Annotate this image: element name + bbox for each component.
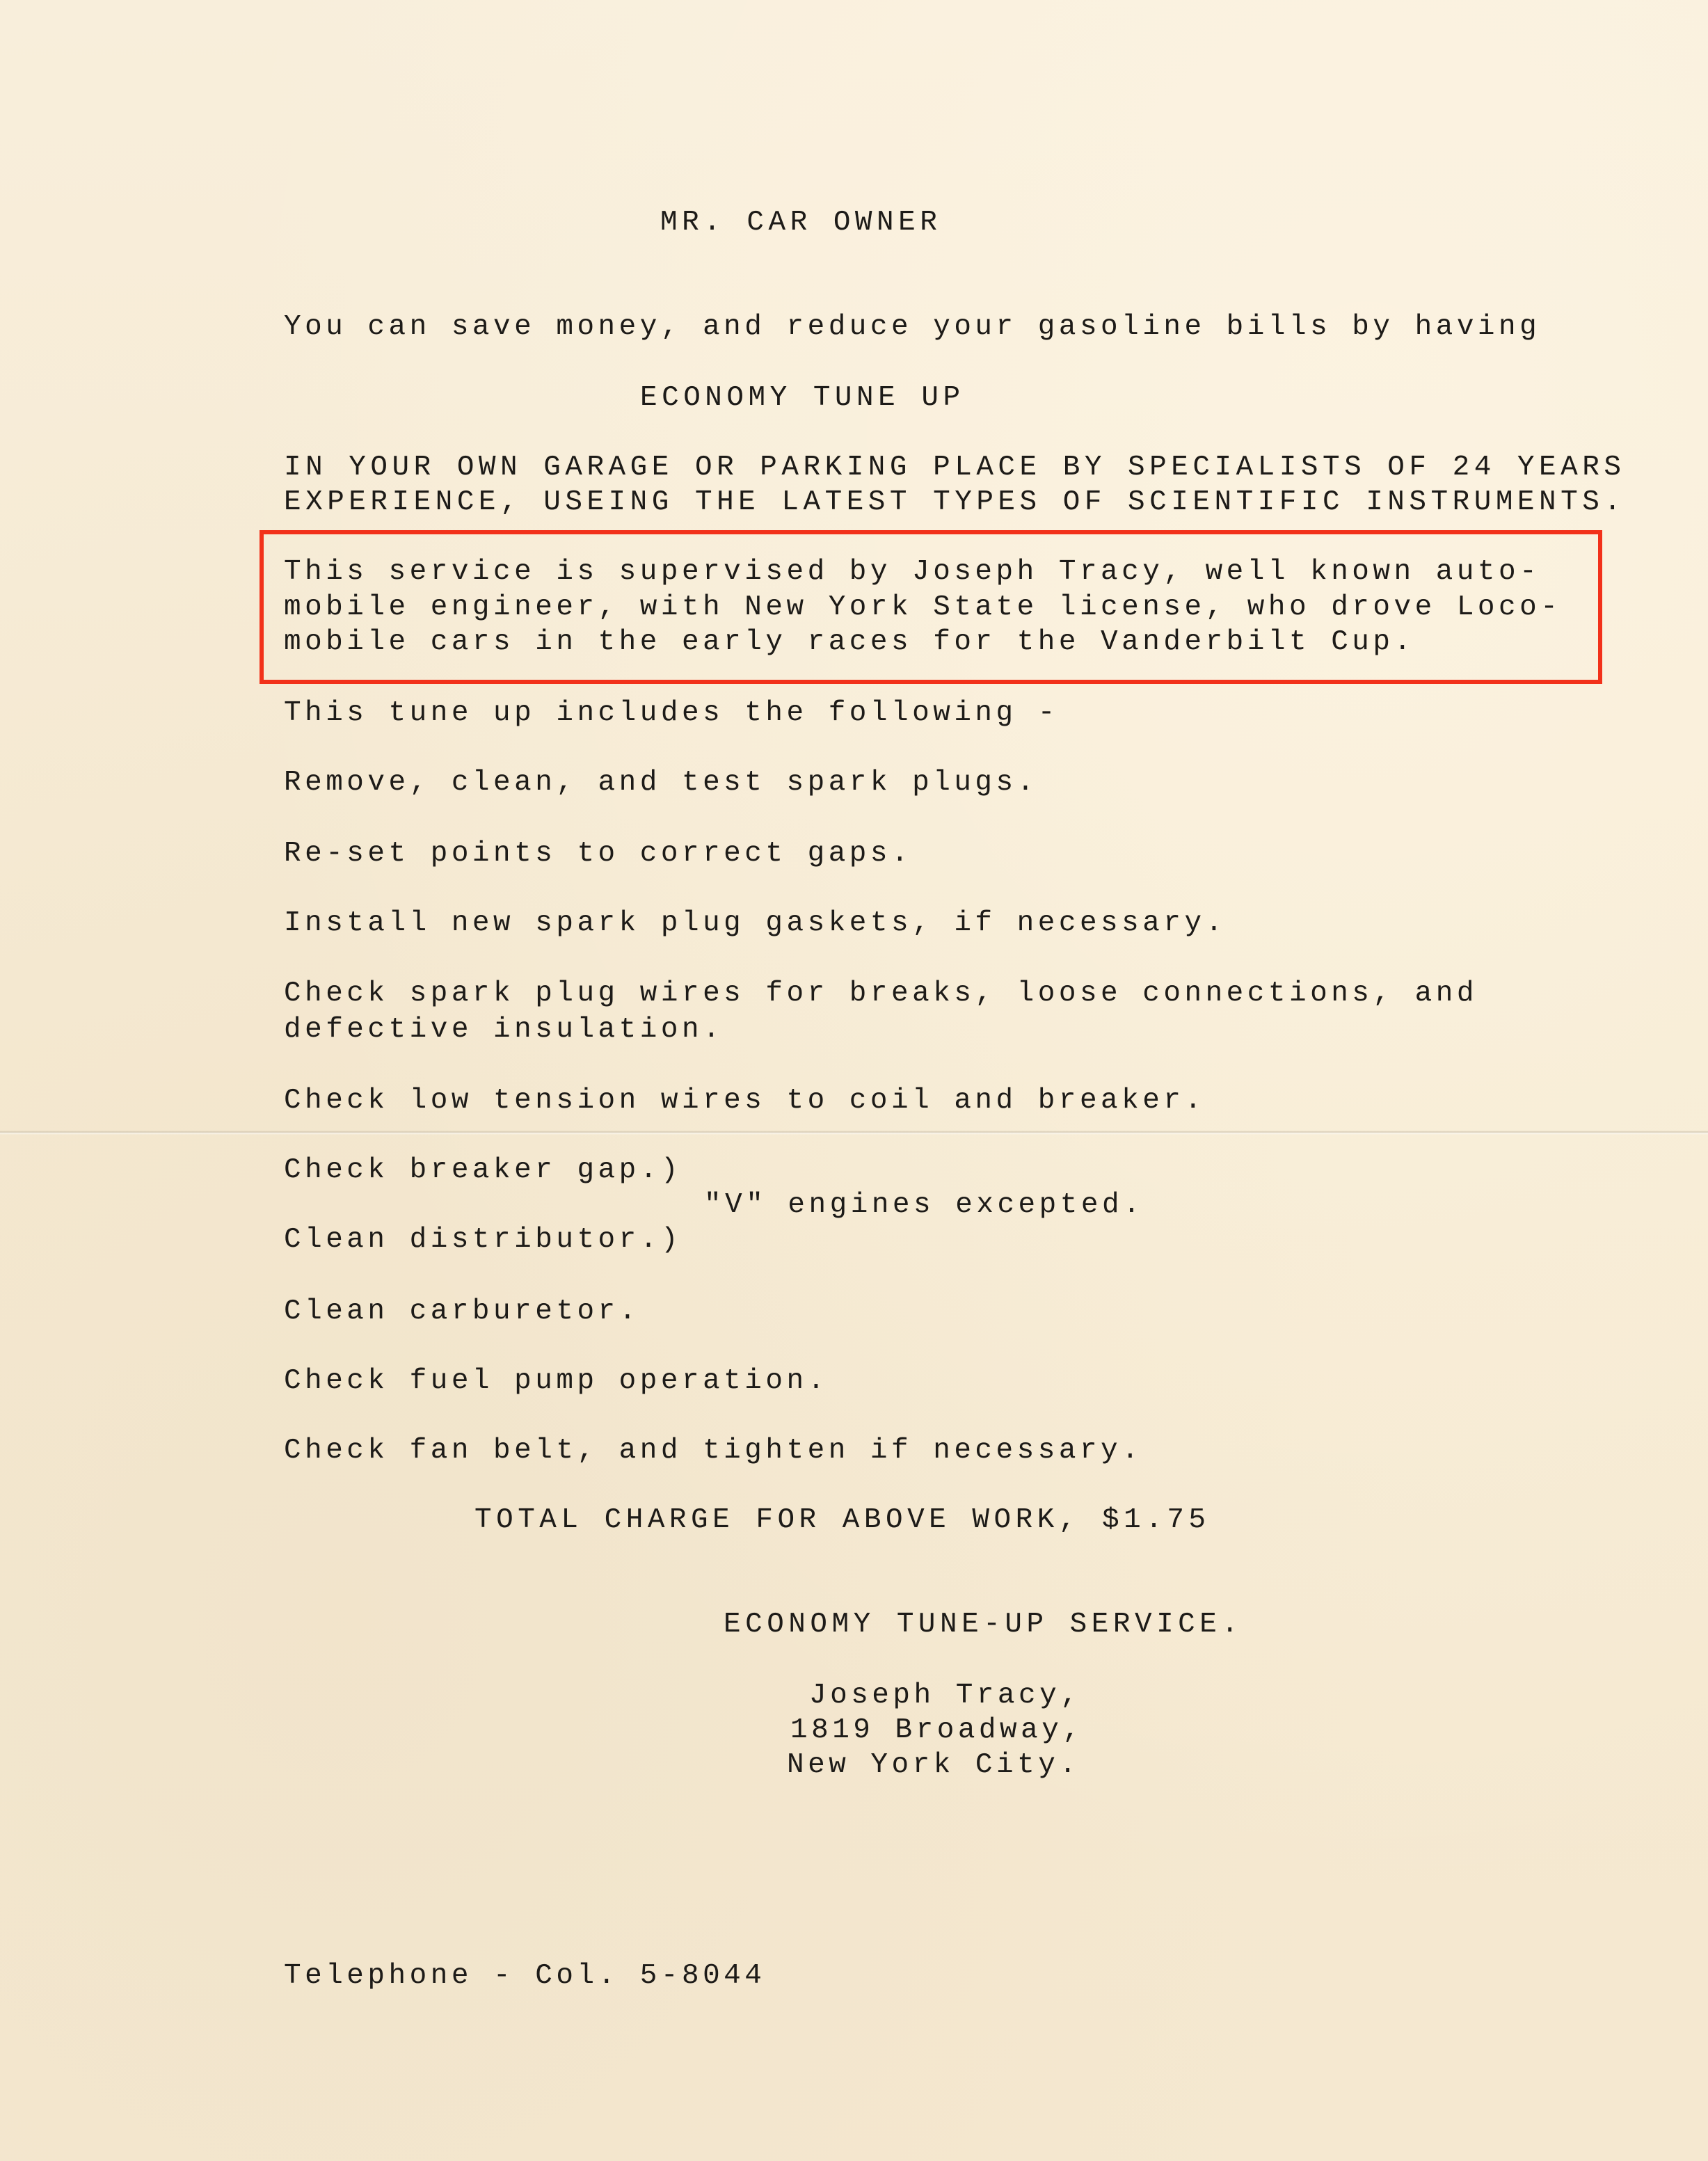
paper-fold-crease xyxy=(0,1131,1708,1135)
includes-heading: This tune up includes the following - xyxy=(284,696,1059,731)
service-item: Check fuel pump operation. xyxy=(284,1364,829,1398)
service-item: Check fan belt, and tighten if necessary… xyxy=(284,1433,1142,1468)
service-note: "V" engines excepted. xyxy=(704,1188,1144,1222)
company-name: ECONOMY TUNE-UP SERVICE. xyxy=(724,1607,1243,1642)
service-item: Check spark plug wires for breaks, loose… xyxy=(284,976,1478,1011)
service-item: Clean carburetor. xyxy=(284,1294,640,1329)
service-name-heading: ECONOMY TUNE UP xyxy=(640,381,965,415)
telephone: Telephone - Col. 5-8044 xyxy=(284,1959,765,1993)
salutation: MR. CAR OWNER xyxy=(660,205,941,240)
service-item: Remove, clean, and test spark plugs. xyxy=(284,765,1038,800)
service-item: Clean distributor.) xyxy=(284,1222,682,1257)
street-address: 1819 Broadway, xyxy=(790,1713,1083,1748)
location-line-2: EXPERIENCE, USEING THE LATEST TYPES OF S… xyxy=(284,485,1625,520)
supervisor-line-1: This service is supervised by Joseph Tra… xyxy=(284,555,1540,589)
service-item: Re-set points to correct gaps. xyxy=(284,836,912,871)
supervisor-line-3: mobile cars in the early races for the V… xyxy=(284,625,1415,660)
service-item: Check breaker gap.) xyxy=(284,1153,682,1188)
total-charge: TOTAL CHARGE FOR ABOVE WORK, $1.75 xyxy=(474,1503,1211,1538)
intro-text: You can save money, and reduce your gaso… xyxy=(284,310,1540,344)
supervisor-line-2: mobile engineer, with New York State lic… xyxy=(284,590,1561,625)
signer-name: Joseph Tracy, xyxy=(809,1678,1081,1713)
service-item-continued: defective insulation. xyxy=(284,1012,724,1047)
location-line-1: IN YOUR OWN GARAGE OR PARKING PLACE BY S… xyxy=(284,450,1625,485)
service-item: Check low tension wires to coil and brea… xyxy=(284,1083,1206,1118)
city: New York City. xyxy=(787,1748,1080,1783)
service-item: Install new spark plug gaskets, if neces… xyxy=(284,906,1227,941)
